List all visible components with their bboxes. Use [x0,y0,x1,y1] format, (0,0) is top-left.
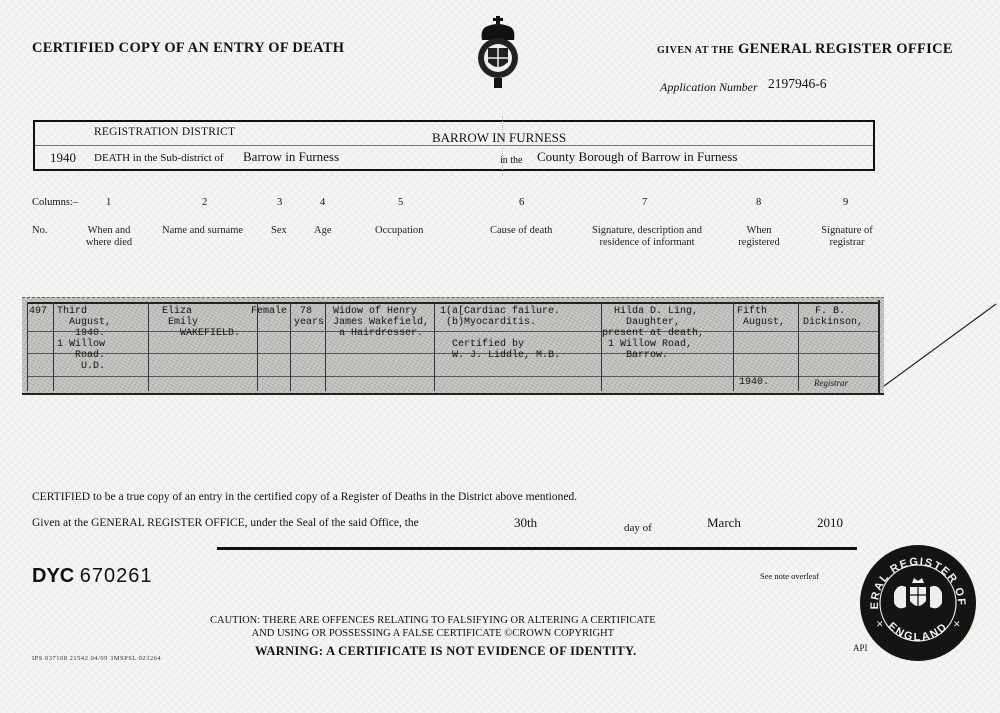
columns-prefix: Columns:– [32,197,78,208]
column-number-9: 9 [843,197,848,208]
print-code: IPS 037108 21542 04/09 3MSPSL 023264 [32,655,161,662]
application-number-label: Application Number [660,80,758,95]
header-age: Age [314,225,332,237]
issue-day: 30th [514,515,537,531]
column-number-4: 4 [320,197,325,208]
column-number-6: 6 [519,197,524,208]
entry-name: Eliza Emily WAKEFIELD. [162,306,240,339]
given-at-prefix: GIVEN AT THE [657,45,734,56]
office-heading: GIVEN AT THE GENERAL REGISTER OFFICE [657,41,953,58]
svg-text:✕: ✕ [876,619,884,629]
cancellation-stroke [880,300,1000,390]
column-number-1: 1 [106,197,111,208]
header-no: No. [32,225,47,237]
signature-rule [217,547,857,550]
header-informant: Signature, description and residence of … [588,225,706,249]
application-number: 2197946-6 [768,76,827,92]
entry-registrar: F. B. Dickinson, [803,306,863,328]
county: County Borough of Barrow in Furness [537,149,737,165]
entry-col-divider [290,302,291,391]
sub-district: Barrow in Furness [243,149,339,165]
day-of-label: day of [624,522,652,534]
entry-top-rule [27,302,878,304]
svg-text:✕: ✕ [953,619,961,629]
entry-informant: Hilda D. Ling, Daughter, present at deat… [602,306,704,361]
entry-cause-of-death: 1(a[Cardiac failure. (b)Myocarditis. Cer… [440,306,560,361]
registration-district: BARROW IN FURNESS [432,130,566,146]
entry-col-divider [434,302,435,391]
caution-line-2: AND USING OR POSSESSING A FALSE CERTIFIC… [210,627,656,640]
header-sex: Sex [271,225,287,237]
caution-notice: CAUTION: THERE ARE OFFENCES RELATING TO … [210,614,656,640]
entry-col-divider [325,302,326,391]
header-when-where-died: When and where died [84,225,134,249]
identity-warning: WARNING: A CERTIFICATE IS NOT EVIDENCE O… [255,644,637,659]
serial-number: 670261 [80,565,153,587]
entry-registered-year: 1940. [739,377,769,388]
issue-month: March [707,515,741,531]
see-note-overleaf: See note overleaf [760,571,819,581]
column-number-3: 3 [277,197,282,208]
header-cause-of-death: Cause of death [490,225,552,237]
entry-registrar-title: Registrar [814,378,848,389]
entry-age: 78 years [294,306,324,328]
entry-col-divider [53,302,54,391]
entry-when-registered: Fifth August, [737,306,785,328]
certificate-title: CERTIFIED COPY OF AN ENTRY OF DEATH [32,40,344,57]
entry-col-divider [733,302,734,391]
office-name: GENERAL REGISTER OFFICE [738,41,953,57]
header-when-registered: When registered [736,225,782,249]
header-occupation: Occupation [375,225,423,237]
serial-prefix: DYC [32,565,74,587]
general-register-office-seal-icon: GENERAL REGISTER OFFICE ENGLAND ✕ ✕ [858,543,978,663]
header-name-surname: Name and surname [162,225,243,237]
column-number-8: 8 [756,197,761,208]
column-number-5: 5 [398,197,403,208]
entry-sex: Female [251,306,287,317]
caution-line-1: CAUTION: THERE ARE OFFENCES RELATING TO … [210,614,656,627]
entry-when-where-died: Third August, 1940. 1 Willow Road. U.D. [57,306,111,372]
royal-crest-icon [474,14,522,94]
registration-district-label: REGISTRATION DISTRICT [94,126,235,138]
sub-district-label: DEATH in the Sub-district of [94,152,224,164]
in-the-label: in the [500,155,523,166]
entry-col-divider [27,302,28,391]
death-entry-row: 497 Third August, 1940. 1 Willow Road. U… [22,297,884,395]
certification-statement: CERTIFIED to be a true copy of an entry … [32,491,577,503]
certificate-serial: DYC 670261 [32,565,153,588]
column-number-7: 7 [642,197,647,208]
issue-year: 2010 [817,515,843,531]
given-at-statement: Given at the GENERAL REGISTER OFFICE, un… [32,517,419,529]
column-number-2: 2 [202,197,207,208]
entry-occupation: Widow of Henry James Wakefield, a Hairdr… [333,306,429,339]
death-year: 1940 [50,150,76,166]
entry-col-divider [798,302,799,391]
entry-col-divider [148,302,149,391]
header-registrar-signature: Signature of registrar [817,225,877,249]
entry-no: 497 [29,306,47,317]
fold-line [502,116,503,176]
